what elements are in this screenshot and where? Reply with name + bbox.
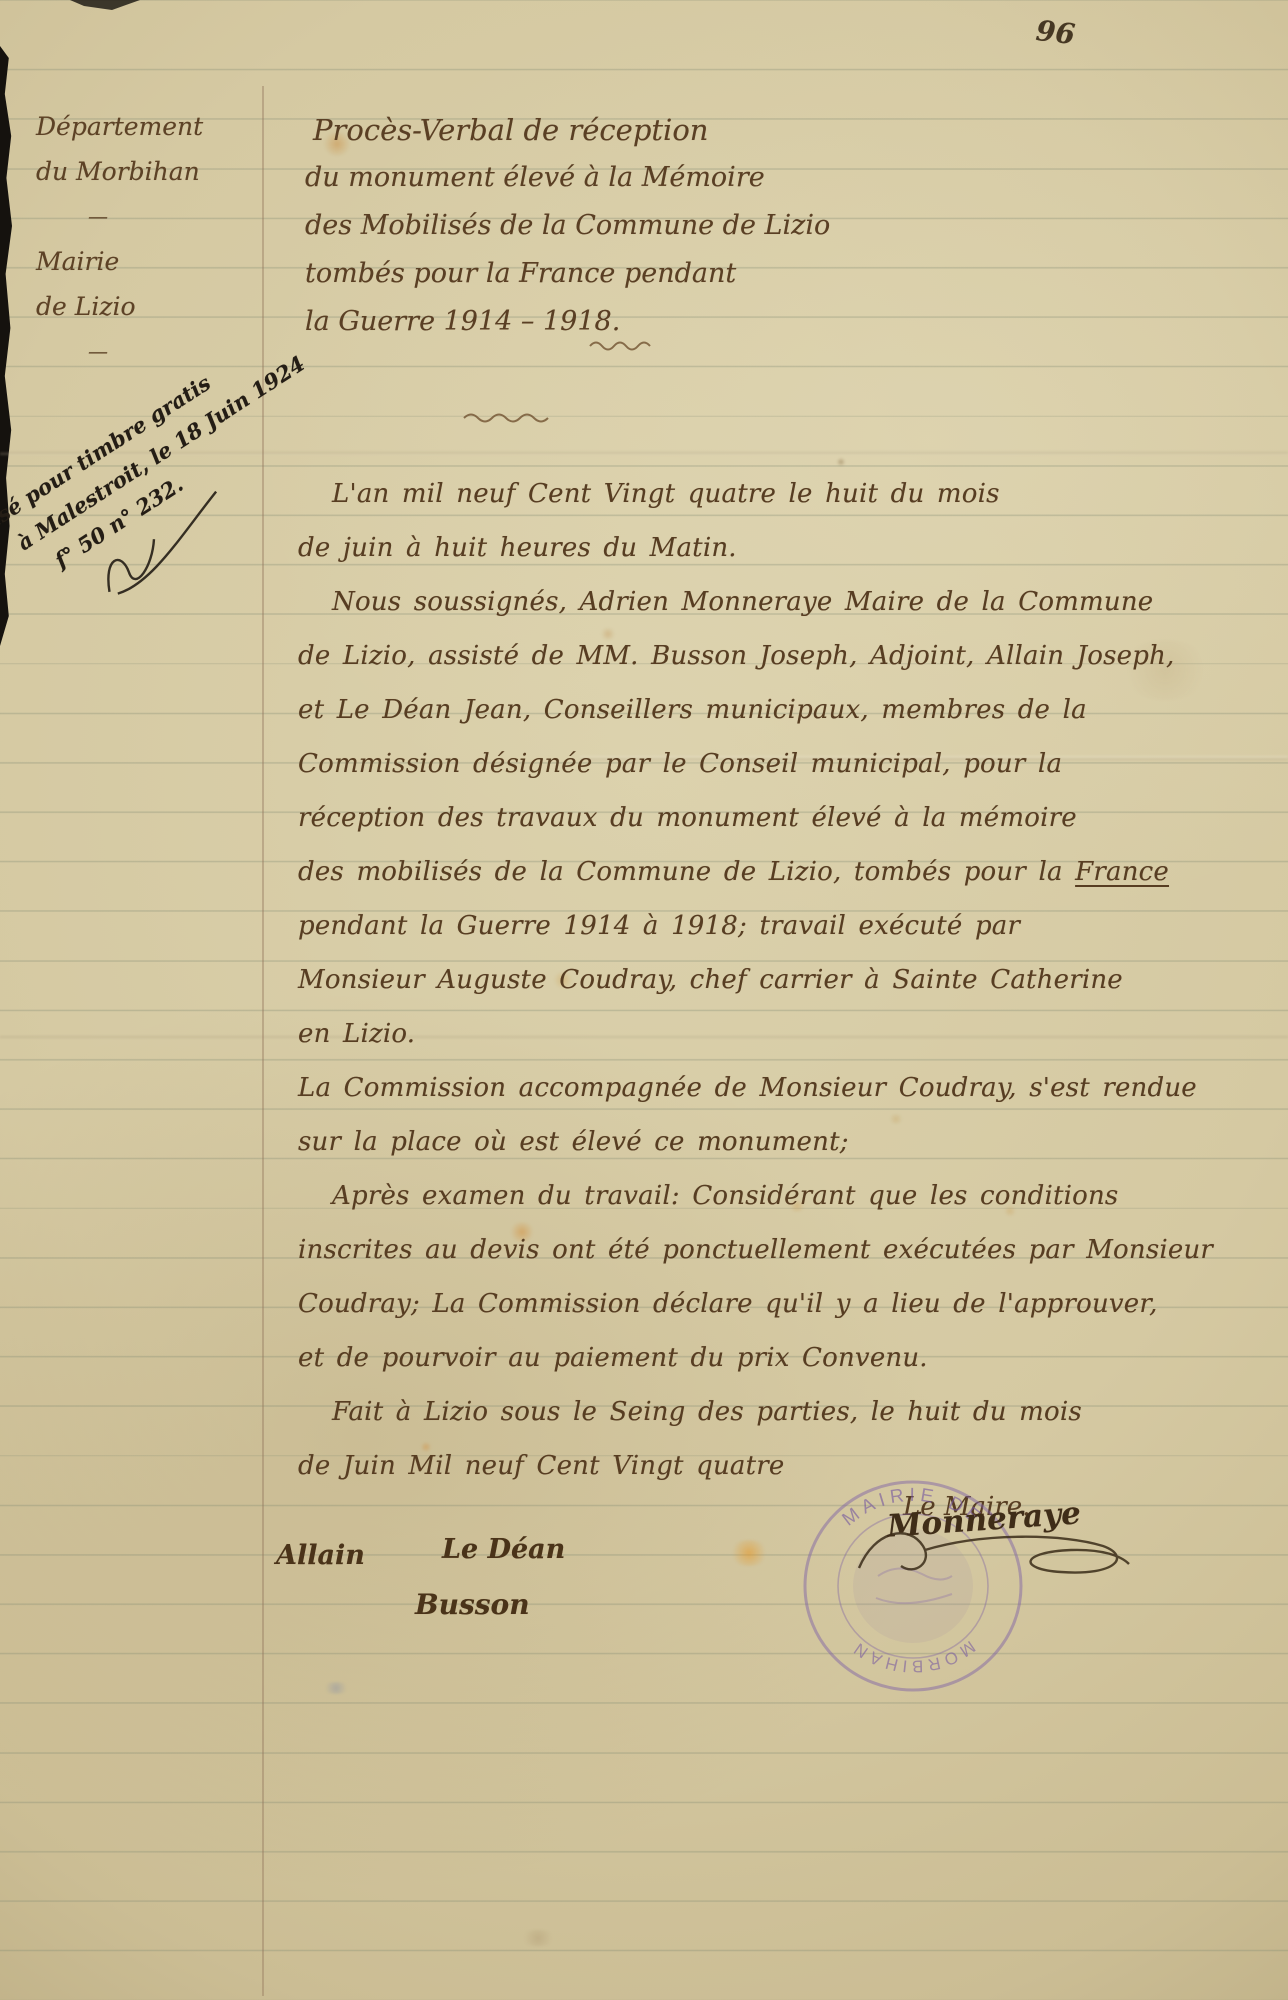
- body-line: pendant la Guerre 1914 à 1918; travail e…: [298, 911, 1288, 965]
- body-line-text: de juin à huit heures du Matin.: [298, 533, 737, 563]
- ink-smudge: [322, 1682, 350, 1694]
- body-line: Coudray; La Commission déclare qu'il y a…: [298, 1289, 1288, 1343]
- torn-top-edge: [70, 0, 140, 10]
- body-line: des mobilisés de la Commune de Lizio, to…: [298, 857, 1288, 911]
- title-line: du monument élevé à la Mémoire: [305, 154, 830, 202]
- letterhead-line: de Lizio: [36, 284, 203, 329]
- title-line: des Mobilisés de la Commune de Lizio: [305, 202, 830, 250]
- body-line-text: Commission désignée par le Conseil munic…: [298, 749, 1062, 779]
- body-line-text: Fait à Lizio sous le Seing des parties, …: [332, 1397, 1082, 1427]
- letterhead-dash: —: [36, 194, 203, 239]
- letterhead-line: Département: [36, 104, 203, 149]
- body-line: en Lizio.: [298, 1019, 1288, 1073]
- body-line-text: en Lizio.: [298, 1019, 415, 1049]
- body-line: Nous soussignés, Adrien Monneraye Maire …: [298, 587, 1288, 641]
- paper-stain: [836, 458, 846, 466]
- body-line-text: Monsieur Auguste Coudray, chef carrier à…: [298, 965, 1123, 995]
- paper-stain: [729, 1540, 769, 1566]
- document-title: Procès-Verbal de réception du monument é…: [305, 106, 830, 346]
- letterhead-line: Mairie: [36, 239, 203, 284]
- body-line: et de pourvoir au paiement du prix Conve…: [298, 1343, 1288, 1397]
- signature-busson: Busson: [415, 1588, 530, 1621]
- body-line-text: des mobilisés de la Commune de Lizio, to…: [298, 857, 1063, 887]
- body-line: sur la place où est élevé ce monument;: [298, 1127, 1288, 1181]
- signature-le-dean: Le Déan: [442, 1534, 565, 1565]
- body-line-text: de Lizio, assisté de MM. Busson Joseph, …: [298, 641, 1174, 671]
- body-line: de Juin Mil neuf Cent Vingt quatre: [298, 1451, 1288, 1505]
- body-line: et Le Déan Jean, Conseillers municipaux,…: [298, 695, 1288, 749]
- body-line-text: réception des travaux du monument élevé …: [298, 803, 1077, 833]
- body-line-text: pendant la Guerre 1914 à 1918; travail e…: [298, 911, 1020, 941]
- body-line: Après examen du travail: Considérant que…: [298, 1181, 1288, 1235]
- body-line-text: Nous soussignés, Adrien Monneraye Maire …: [332, 587, 1153, 617]
- underlined-word: France: [1075, 857, 1169, 887]
- body-line-text: inscrites au devis ont été ponctuellemen…: [298, 1235, 1213, 1265]
- page-number: 96: [1034, 14, 1076, 51]
- body-line-text: Après examen du travail: Considérant que…: [332, 1181, 1118, 1211]
- body-line: de Lizio, assisté de MM. Busson Joseph, …: [298, 641, 1288, 695]
- divider-squiggle: [462, 410, 552, 424]
- signature-allain: Allain: [276, 1540, 365, 1571]
- letterhead-line: du Morbihan: [36, 149, 203, 194]
- body-line: La Commission accompagnée de Monsieur Co…: [298, 1073, 1288, 1127]
- letterhead: Département du Morbihan — Mairie de Lizi…: [36, 104, 203, 374]
- title-line: Procès-Verbal de réception: [305, 106, 830, 154]
- body-line: réception des travaux du monument élevé …: [298, 803, 1288, 857]
- letterhead-dash: —: [36, 329, 203, 374]
- body-line: de juin à huit heures du Matin.: [298, 533, 1288, 587]
- document-page: 96 Département du Morbihan — Mairie de L…: [0, 0, 1288, 2000]
- body-line: Commission désignée par le Conseil munic…: [298, 749, 1288, 803]
- body-line: inscrites au devis ont été ponctuellemen…: [298, 1235, 1288, 1289]
- body-line-text: L'an mil neuf Cent Vingt quatre le huit …: [332, 479, 1000, 509]
- body-line-text: sur la place où est élevé ce monument;: [298, 1127, 849, 1157]
- body-line: Fait à Lizio sous le Seing des parties, …: [298, 1397, 1288, 1451]
- paper-stain: [520, 1930, 556, 1946]
- body-line-text: La Commission accompagnée de Monsieur Co…: [298, 1073, 1197, 1103]
- body-line-text: et de pourvoir au paiement du prix Conve…: [298, 1343, 928, 1373]
- body-line-text: et Le Déan Jean, Conseillers municipaux,…: [298, 695, 1087, 725]
- body-line: Monsieur Auguste Coudray, chef carrier à…: [298, 965, 1288, 1019]
- body-line: L'an mil neuf Cent Vingt quatre le huit …: [298, 479, 1288, 533]
- body-line-text: Coudray; La Commission déclare qu'il y a…: [298, 1289, 1158, 1319]
- body-text: L'an mil neuf Cent Vingt quatre le huit …: [298, 479, 1288, 1505]
- title-line: tombés pour la France pendant: [305, 250, 830, 298]
- title-line: la Guerre 1914 – 1918.: [305, 298, 830, 346]
- divider-squiggle: [588, 338, 658, 352]
- maire-signature: Monneraye: [845, 1498, 1165, 1608]
- body-line-text: de Juin Mil neuf Cent Vingt quatre: [298, 1451, 785, 1481]
